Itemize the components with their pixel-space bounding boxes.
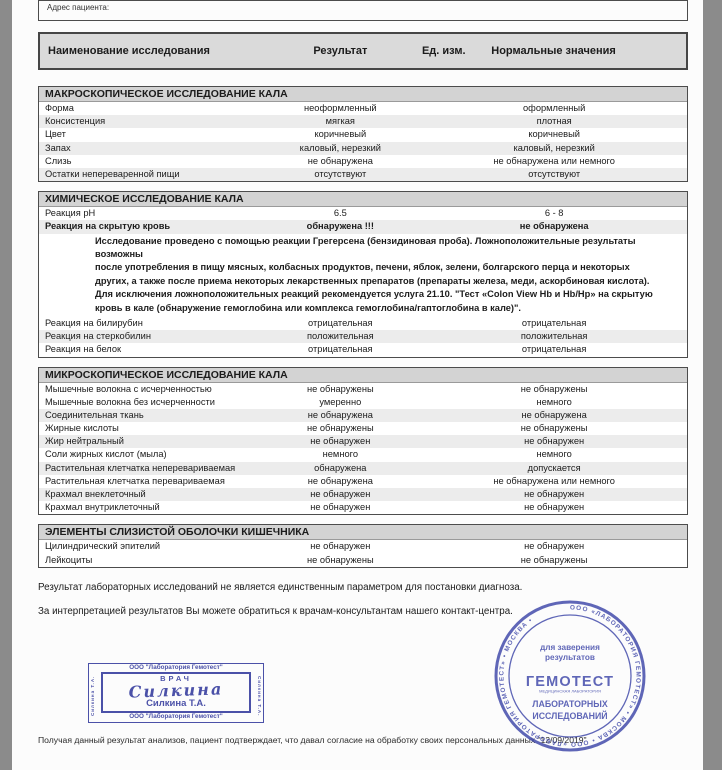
lab-section: ХИМИЧЕСКОЕ ИССЛЕДОВАНИЕ КАЛАРеакция pH6.… [38,191,688,357]
seal-purpose-line1: для заверения [540,643,600,652]
column-header-unit: Ед. изм. [421,45,466,57]
row-result: обнаружена !!! [259,220,421,233]
row-name: Консистенция [39,115,259,128]
lab-section: МИКРОСКОПИЧЕСКОЕ ИССЛЕДОВАНИЕ КАЛАМышечн… [38,367,688,516]
doctor-stamp-side-text-right: Силкина Т.А. [257,672,262,720]
row-unit [421,168,466,181]
row-result: обнаружена [259,462,421,475]
column-header-name: Наименование исследования [40,45,260,57]
row-normal: отсутствуют [467,168,687,181]
row-result: каловый, нерезкий [259,142,421,155]
row-name: Цилиндрический эпителий [39,540,259,553]
row-normal: 6 - 8 [467,207,687,220]
row-unit [421,155,466,168]
row-unit [421,422,466,435]
row-result: не обнаружен [259,501,421,514]
section-title: ХИМИЧЕСКОЕ ИССЛЕДОВАНИЕ КАЛА [39,192,687,207]
row-result: не обнаружен [259,488,421,501]
row-unit [421,142,466,155]
table-row: Цилиндрический эпителийне обнаруженне об… [39,540,687,553]
document-content: Адрес пациента: Наименование исследовани… [38,0,688,617]
row-normal: не обнаружен [467,488,687,501]
row-name: Запах [39,142,259,155]
row-name: Цвет [39,128,259,141]
row-result: отрицательная [259,317,421,330]
doctor-stamp: ООО "Лаборатория Гемотест" ВРАЧ Силкина … [88,663,264,723]
row-normal: не обнаружена [467,220,687,233]
table-row: Реакция на белокотрицательнаяотрицательн… [39,343,687,356]
table-row: Жир нейтральныйне обнаруженне обнаружен [39,435,687,448]
row-normal: не обнаружены [467,554,687,567]
table-row: Крахмал внутриклеточныйне обнаруженне об… [39,501,687,514]
row-normal: не обнаружена или немного [467,155,687,168]
table-row: Консистенциямягкаяплотная [39,115,687,128]
lab-section: МАКРОСКОПИЧЕСКОЕ ИССЛЕДОВАНИЕ КАЛАФорман… [38,86,688,182]
row-result: 6.5 [259,207,421,220]
doctor-stamp-org-bottom: ООО "Лаборатория Гемотест" [89,713,263,721]
row-normal: не обнаружен [467,435,687,448]
method-note: Исследование проведено с помощью реакции… [39,234,687,317]
row-unit [421,396,466,409]
row-unit [421,102,466,115]
row-name: Мышечные волокна с исчерченностью [39,383,259,396]
row-normal: немного [467,396,687,409]
row-result: не обнаружена [259,409,421,422]
row-name: Лейкоциты [39,554,259,567]
column-header-normal: Нормальные значения [466,45,686,57]
row-result: не обнаружены [259,554,421,567]
lab-section: ЭЛЕМЕНТЫ СЛИЗИСТОЙ ОБОЛОЧКИ КИШЕЧНИКАЦил… [38,524,688,567]
table-row: Слизьне обнаруженане обнаружена или немн… [39,155,687,168]
row-name: Крахмал внеклеточный [39,488,259,501]
row-result: положительная [259,330,421,343]
row-name: Мышечные волокна без исчерченности [39,396,259,409]
row-unit [421,540,466,553]
row-normal: немного [467,448,687,461]
row-name: Реакция на белок [39,343,259,356]
table-row: Реакция на билирубинотрицательнаяотрицат… [39,317,687,330]
row-unit [421,475,466,488]
section-title: МАКРОСКОПИЧЕСКОЕ ИССЛЕДОВАНИЕ КАЛА [39,87,687,102]
column-header-result: Результат [260,45,422,57]
table-row: Реакция pH6.56 - 8 [39,207,687,220]
table-row: Соединительная тканьне обнаруженане обна… [39,409,687,422]
row-name: Остатки непереваренной пищи [39,168,259,181]
row-normal: не обнаружена [467,409,687,422]
table-row: Крахмал внеклеточныйне обнаруженне обнар… [39,488,687,501]
row-unit [421,435,466,448]
row-result: не обнаружены [259,422,421,435]
screenshot-root: { "page": { "address_label": "Адрес паци… [0,0,722,770]
address-box: Адрес пациента: [38,0,688,21]
row-name: Крахмал внутриклеточный [39,501,259,514]
doctor-stamp-inner-frame: ВРАЧ Силкина Силкина Т.А. [101,672,251,713]
table-row: Соли жирных кислот (мыла)немногонемного [39,448,687,461]
row-result: коричневый [259,128,421,141]
row-normal: отрицательная [467,343,687,356]
row-unit [421,128,466,141]
row-name: Растительная клетчатка перевариваемая [39,475,259,488]
row-name: Реакция на стеркобилин [39,330,259,343]
row-unit [421,343,466,356]
section-title: МИКРОСКОПИЧЕСКОЕ ИССЛЕДОВАНИЕ КАЛА [39,368,687,383]
doctor-stamp-org-top: ООО "Лаборатория Гемотест" [89,664,263,672]
row-normal: не обнаружены [467,383,687,396]
seal-line1: ЛАБОРАТОРНЫХ [532,699,608,709]
row-result: отсутствуют [259,168,421,181]
row-name: Реакция на скрытую кровь [39,220,259,233]
table-row: Запахкаловый, нерезкийкаловый, нерезкий [39,142,687,155]
row-normal: плотная [467,115,687,128]
row-name: Жир нейтральный [39,435,259,448]
row-normal: не обнаружены [467,422,687,435]
row-unit [421,554,466,567]
row-name: Форма [39,102,259,115]
row-normal: каловый, нерезкий [467,142,687,155]
row-result: не обнаружен [259,435,421,448]
row-name: Реакция pH [39,207,259,220]
row-unit [421,330,466,343]
row-normal: оформленный [467,102,687,115]
table-row: Растительная клетчатка неперевариваемаяо… [39,462,687,475]
row-name: Слизь [39,155,259,168]
table-row: Форманеоформленныйоформленный [39,102,687,115]
table-row: Мышечные волокна без исчерченностиумерен… [39,396,687,409]
row-name: Жирные кислоты [39,422,259,435]
table-row: Реакция на стеркобилинположительнаяполож… [39,330,687,343]
row-result: неоформленный [259,102,421,115]
row-normal: не обнаружен [467,501,687,514]
table-row: Остатки непереваренной пищиотсутствуютот… [39,168,687,181]
seal-brand-tagline: МЕДИЦИНСКАЯ ЛАБОРАТОРИЯ [539,689,601,694]
row-normal: не обнаружена или немного [467,475,687,488]
doctor-stamp-side-text-left: Силкина Т.А. [90,672,95,720]
seal-purpose-line2: результатов [545,653,595,662]
row-normal: допускается [467,462,687,475]
row-unit [421,501,466,514]
row-result: не обнаружены [259,383,421,396]
seal-line2: ИССЛЕДОВАНИЙ [532,710,607,721]
row-unit [421,383,466,396]
table-row: Растительная клетчатка перевариваемаяне … [39,475,687,488]
row-unit [421,317,466,330]
row-normal: не обнаружен [467,540,687,553]
row-unit [421,115,466,128]
table-row: Лейкоцитыне обнаруженыне обнаружены [39,554,687,567]
row-name: Реакция на билирубин [39,317,259,330]
row-normal: положительная [467,330,687,343]
row-result: не обнаружена [259,475,421,488]
row-name: Соединительная ткань [39,409,259,422]
row-unit [421,207,466,220]
row-result: немного [259,448,421,461]
row-name: Растительная клетчатка неперевариваемая [39,462,259,475]
row-result: умеренно [259,396,421,409]
row-result: отрицательная [259,343,421,356]
row-normal: отрицательная [467,317,687,330]
row-result: не обнаружен [259,540,421,553]
table-row: Реакция на скрытую кровьобнаружена !!!не… [39,220,687,233]
table-row: Жирные кислотыне обнаруженыне обнаружены [39,422,687,435]
row-result: не обнаружена [259,155,421,168]
row-unit [421,409,466,422]
section-title: ЭЛЕМЕНТЫ СЛИЗИСТОЙ ОБОЛОЧКИ КИШЕЧНИКА [39,525,687,540]
row-unit [421,488,466,501]
disclaimer-diagnosis: Результат лабораторных исследований не я… [38,582,688,593]
gemotest-seal-stamp: ООО «ЛАБОРАТОРИЯ ГЕМОТЕСТ» • МОСКВА • ОО… [493,599,647,753]
document-sheet: Адрес пациента: Наименование исследовани… [12,0,703,770]
row-result: мягкая [259,115,421,128]
row-unit [421,220,466,233]
table-row: Цветкоричневыйкоричневый [39,128,687,141]
results-table-header: Наименование исследования Результат Ед. … [38,32,688,70]
address-label: Адрес пациента: [47,3,109,12]
row-name: Соли жирных кислот (мыла) [39,448,259,461]
row-unit [421,462,466,475]
row-normal: коричневый [467,128,687,141]
row-unit [421,448,466,461]
sections-host: МАКРОСКОПИЧЕСКОЕ ИССЛЕДОВАНИЕ КАЛАФорман… [38,86,688,568]
table-row: Мышечные волокна с исчерченностьюне обна… [39,383,687,396]
